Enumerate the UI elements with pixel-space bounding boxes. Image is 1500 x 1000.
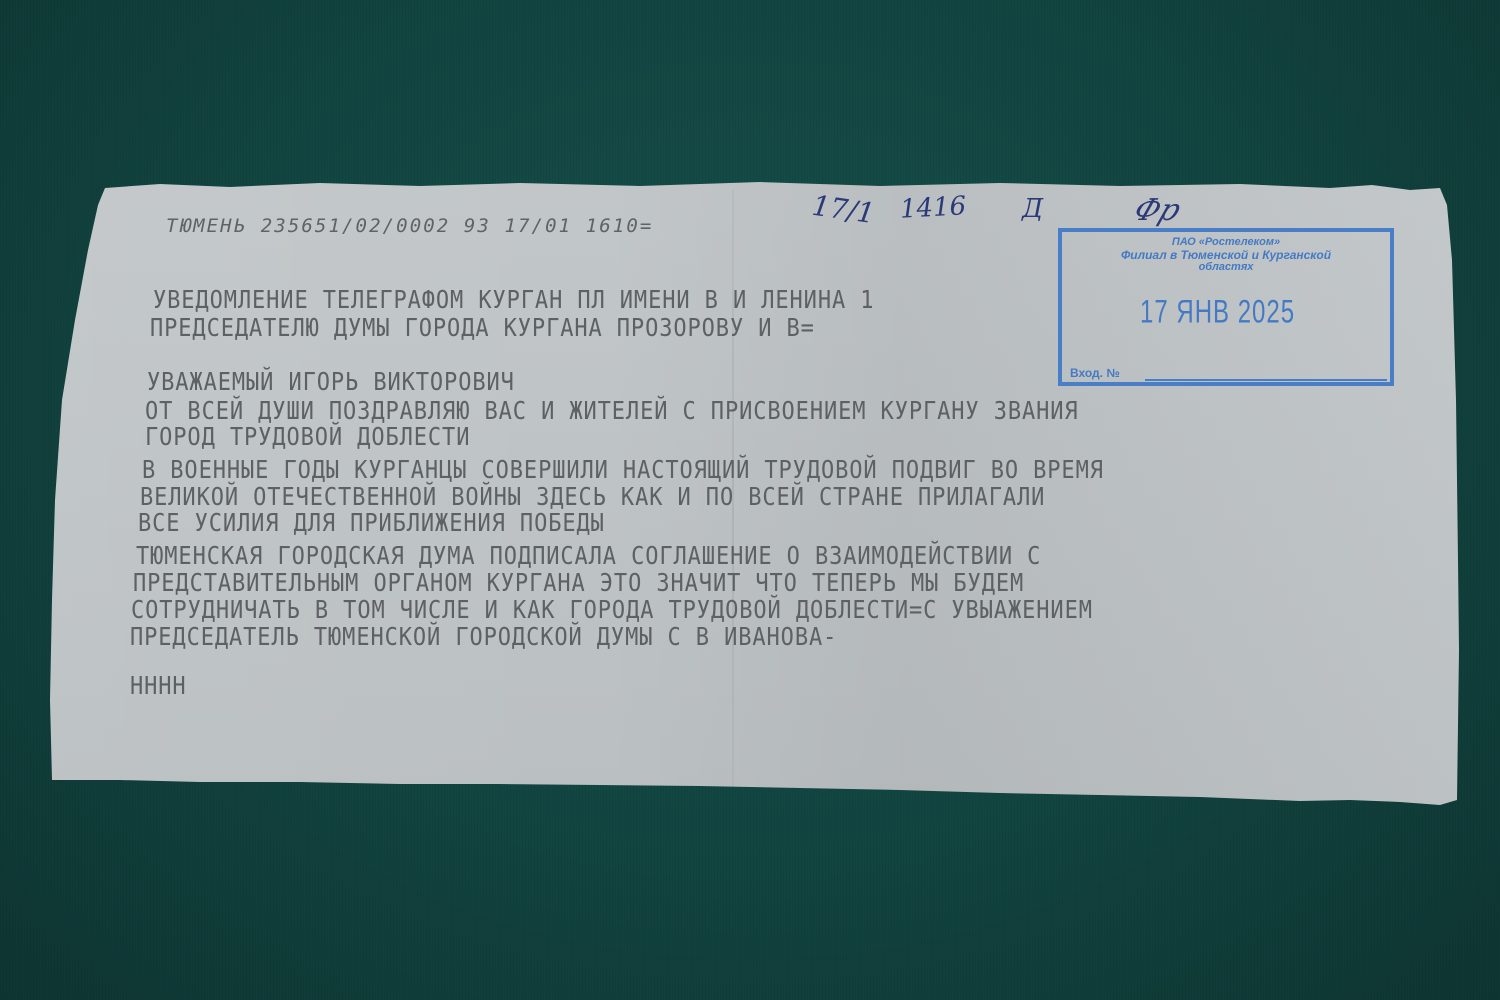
stamp-org-name: ПАО «Ростелеком» [1062, 237, 1390, 248]
address-line-1: УВЕДОМЛЕНИЕ ТЕЛЕГРАФОМ КУРГАН ПЛ ИМЕНИ В… [153, 288, 874, 313]
body-line-1: ОТ ВСЕЙ ДУШИ ПОЗДРАВЛЯЮ ВАС И ЖИТЕЛЕЙ С … [145, 399, 1079, 424]
stamp-branch-name: Филиал в Тюменской и Курганской [1062, 249, 1390, 261]
body-line-9: ПРЕДСЕДАТЕЛЬ ТЮМЕНСКОЙ ГОРОДСКОЙ ДУМЫ С … [130, 625, 837, 650]
greeting-line: УВАЖАЕМЫЙ ИГОРЬ ВИКТОРОВИЧ [147, 370, 515, 395]
body-line-7: ПРЕДСТАВИТЕЛЬНЫМ ОРГАНОМ КУРГАНА ЭТО ЗНА… [133, 571, 1024, 596]
handwritten-date: 17/1 [810, 192, 876, 228]
body-line-8: СОТРУДНИЧАТЬ В ТОМ ЧИСЛЕ И КАК ГОРОДА ТР… [131, 598, 1093, 623]
stamp-incoming-number-line [1145, 379, 1387, 381]
stamp-region: областях [1062, 262, 1390, 273]
body-line-6: ТЮМЕНСКАЯ ГОРОДСКАЯ ДУМА ПОДПИСАЛА СОГЛА… [136, 544, 1041, 569]
stamp-incoming-label: Вход. № [1070, 366, 1120, 380]
body-line-5: ВСЕ УСИЛИЯ ДЛЯ ПРИБЛИЖЕНИЯ ПОБЕДЫ [138, 511, 605, 536]
address-line-2: ПРЕДСЕДАТЕЛЮ ДУМЫ ГОРОДА КУРГАНА ПРОЗОРО… [150, 316, 815, 341]
end-marker: НННН [130, 674, 187, 699]
incoming-stamp: ПАО «Ростелеком» Филиал в Тюменской и Ку… [1058, 228, 1394, 386]
body-line-3: В ВОЕННЫЕ ГОДЫ КУРГАНЦЫ СОВЕРШИЛИ НАСТОЯ… [142, 458, 1104, 483]
handwritten-number: 1416 [899, 193, 966, 222]
stamp-date: 17 ЯНВ 2025 [1140, 294, 1295, 332]
handwritten-mark: Д [1022, 196, 1043, 222]
body-line-2: ГОРОД ТРУДОВОЙ ДОБЛЕСТИ [145, 425, 470, 450]
body-line-4: ВЕЛИКОЙ ОТЕЧЕСТВЕННОЙ ВОЙНЫ ЗДЕСЬ КАК И … [140, 485, 1045, 510]
telegram-header: ТЮМЕНЬ 235651/02/0002 93 17/01 1610= [166, 217, 653, 236]
